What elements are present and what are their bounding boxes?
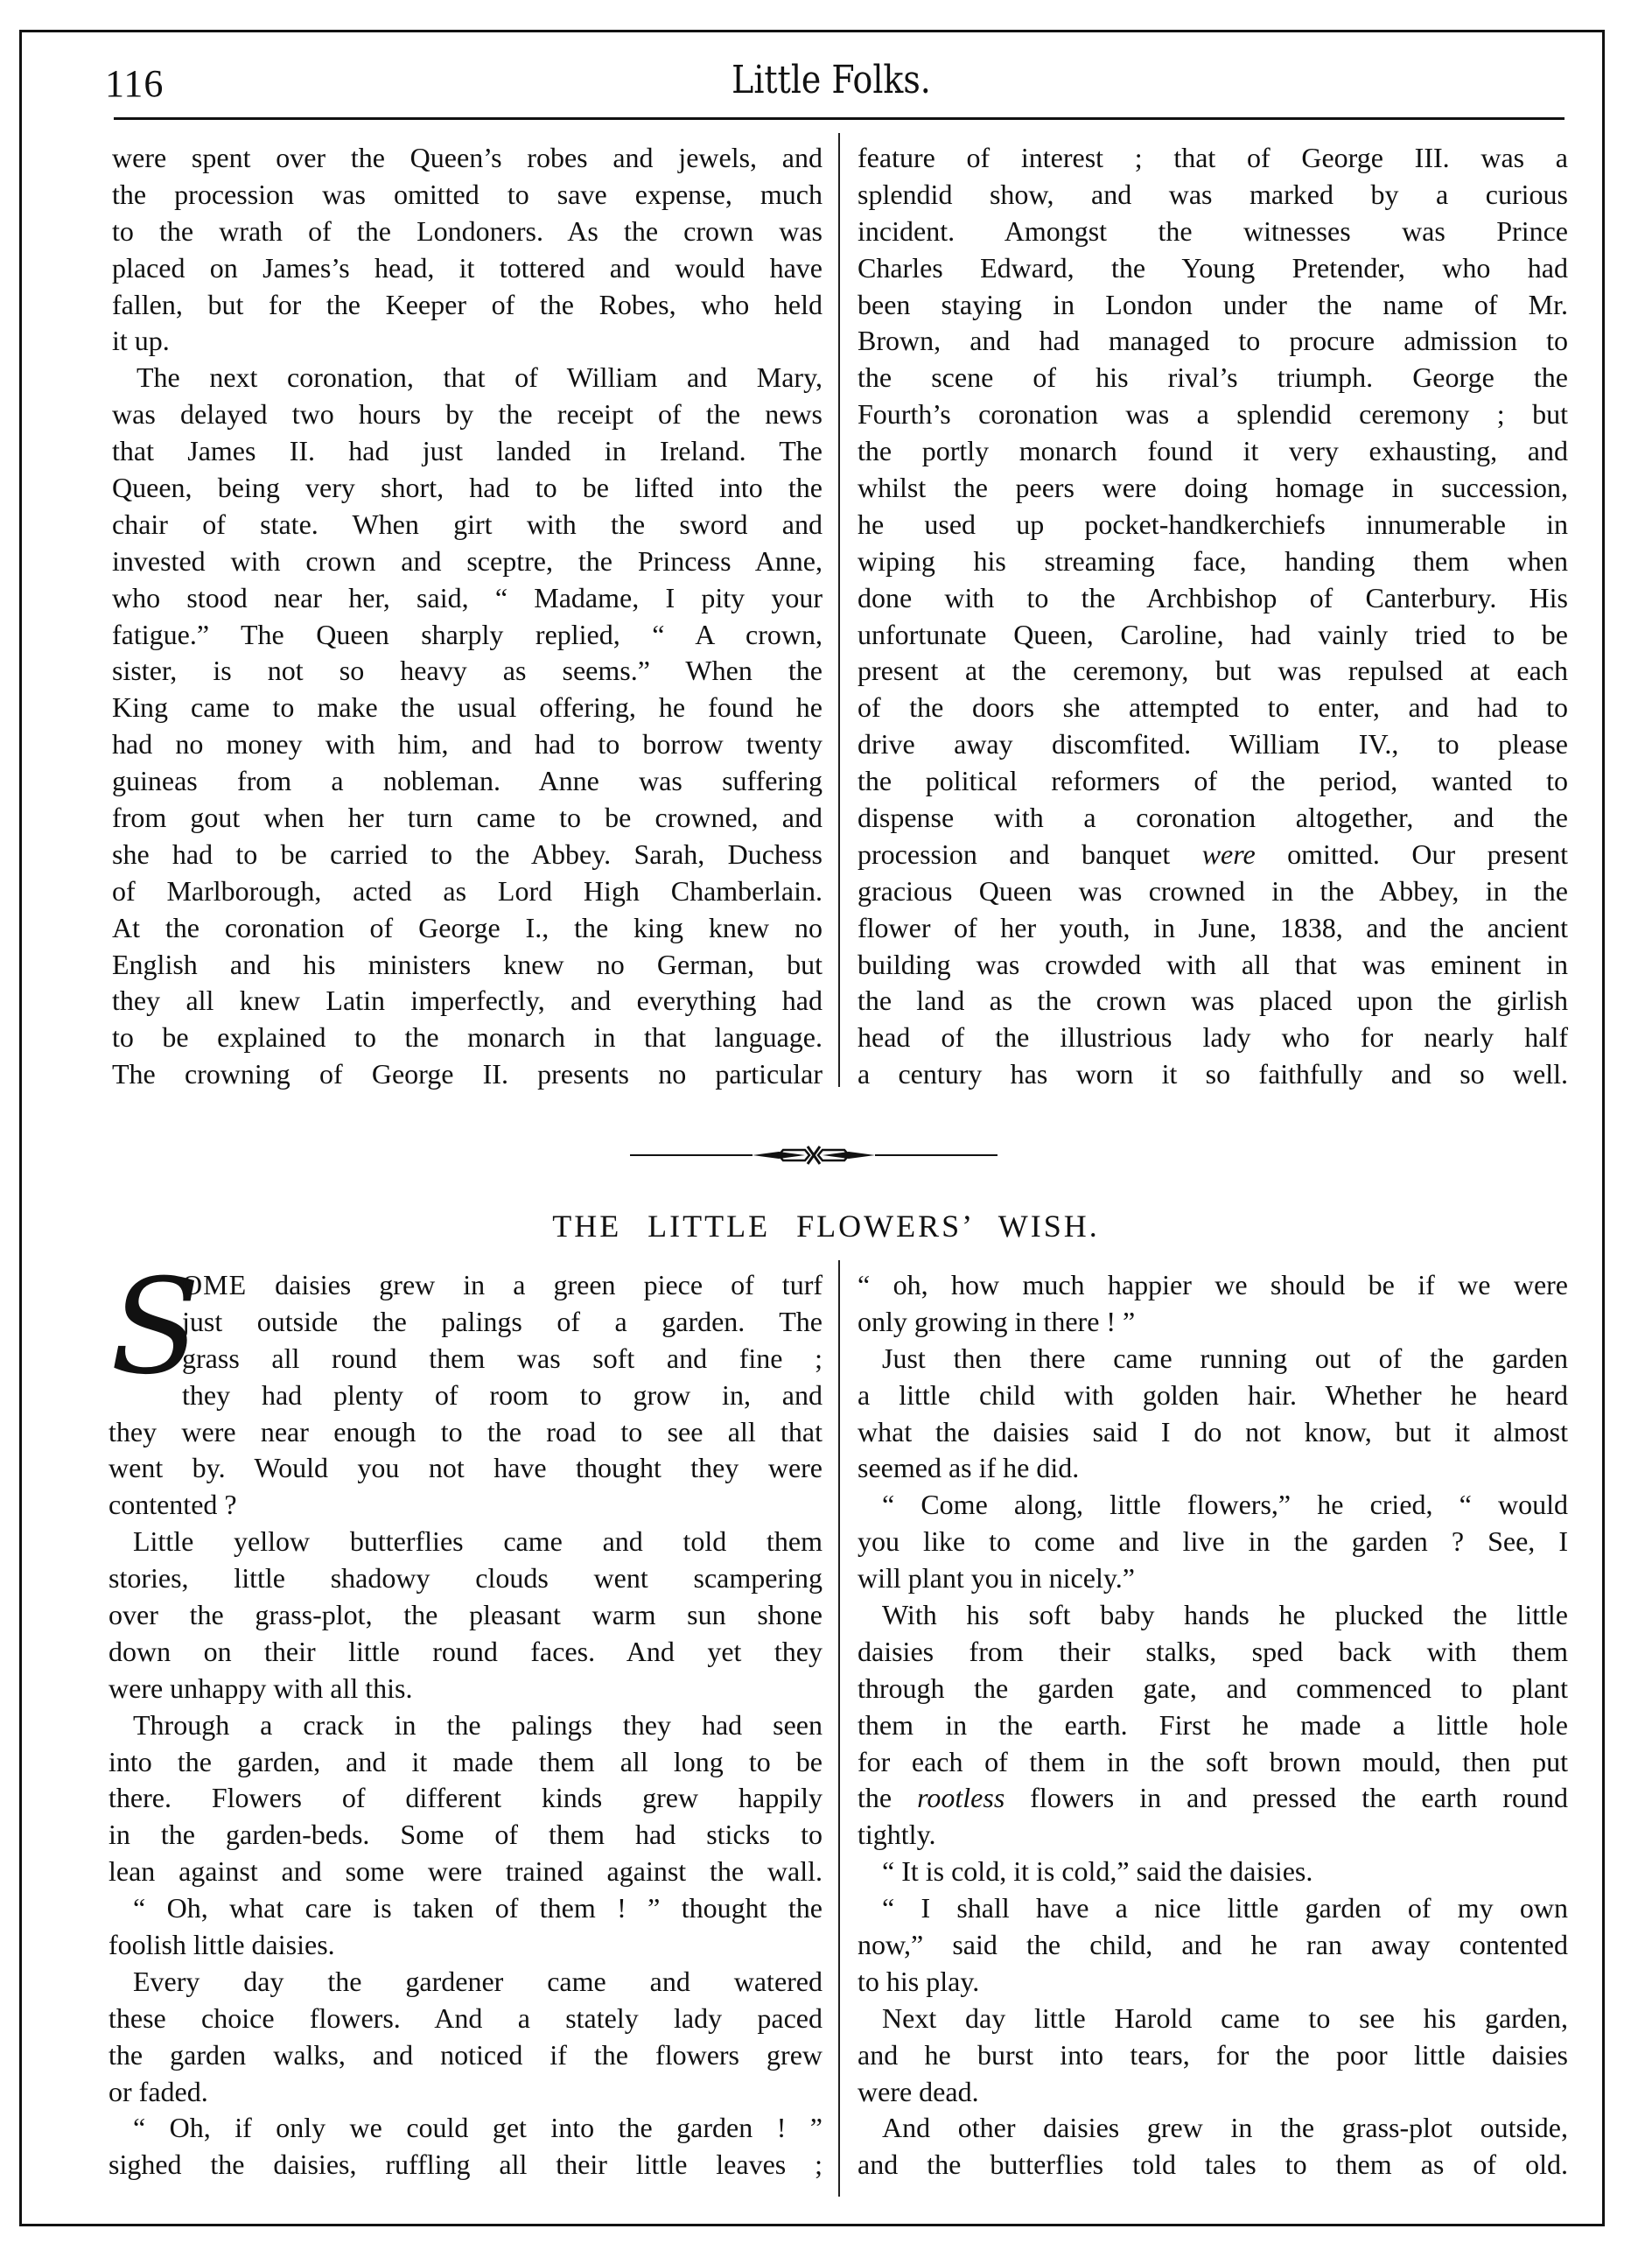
text-line: “ Oh, if only we could get into the gard… bbox=[108, 2110, 822, 2147]
text-line: went by. Would you not have thought they… bbox=[108, 1450, 822, 1487]
text-line: Brown, and had managed to procure admiss… bbox=[857, 323, 1568, 360]
text-line: over the grass-plot, the pleasant warm s… bbox=[108, 1597, 822, 1634]
text-line: Fourth’s coronation was a splendid cerem… bbox=[857, 396, 1568, 433]
page-number: 116 bbox=[105, 61, 164, 106]
column-divider bbox=[838, 133, 840, 1087]
text-line: now,” said the child, and he ran away co… bbox=[857, 1927, 1568, 1964]
text-line: drive away discomfited. William IV., to … bbox=[857, 726, 1568, 763]
italic-word: were bbox=[1202, 838, 1256, 870]
text-line: “ I shall have a nice little garden of m… bbox=[857, 1890, 1568, 1927]
text-line: Just then there came running out of the … bbox=[857, 1341, 1568, 1377]
text-line: the land as the crown was placed upon th… bbox=[857, 983, 1568, 1020]
text-line: “ Come along, little flowers,” he cried,… bbox=[857, 1487, 1568, 1524]
text-line: been staying in London under the name of… bbox=[857, 287, 1568, 324]
text-line: only growing in there ! ” bbox=[857, 1304, 1568, 1341]
text-line: grass all round them was soft and fine ; bbox=[108, 1341, 822, 1377]
text-line-with-italic: the rootless flowers in and pressed the … bbox=[857, 1780, 1568, 1817]
text-line: they were near enough to the road to see… bbox=[108, 1414, 822, 1451]
article-right-column: feature of interest ; that of George III… bbox=[857, 140, 1568, 1093]
text-line: the portly monarch found it very exhaust… bbox=[857, 433, 1568, 470]
text-line: they had plenty of room to grow in, and bbox=[108, 1377, 822, 1414]
text-line: were spent over the Queen’s robes and je… bbox=[112, 140, 822, 177]
story-left-column: OME daisies grew in a green piece of tur… bbox=[108, 1267, 822, 2183]
text-segment: daisies grew in a green piece of turf bbox=[247, 1269, 822, 1300]
text-line: invested with crown and sceptre, the Pri… bbox=[112, 543, 822, 580]
article-left-column: were spent over the Queen’s robes and je… bbox=[112, 140, 822, 1093]
text-line: placed on James’s head, it tottered and … bbox=[112, 250, 822, 287]
text-line: And other daisies grew in the grass-plot… bbox=[857, 2110, 1568, 2147]
text-line: of the doors she attempted to enter, and… bbox=[857, 690, 1568, 726]
text-line: gracious Queen was crowned in the Abbey,… bbox=[857, 873, 1568, 910]
text-line: in the garden-beds. Some of them had sti… bbox=[108, 1817, 822, 1854]
text-line: splendid show, and was marked by a curio… bbox=[857, 177, 1568, 214]
text-line: down on their little round faces. And ye… bbox=[108, 1634, 822, 1671]
italic-word: rootless bbox=[917, 1782, 1004, 1813]
text-line: “ It is cold, it is cold,” said the dais… bbox=[857, 1854, 1568, 1890]
text-line: were dead. bbox=[857, 2074, 1568, 2111]
text-line: guineas from a nobleman. Anne was suffer… bbox=[112, 763, 822, 800]
text-line: Queen, being very short, had to be lifte… bbox=[112, 470, 822, 507]
story-title: THE LITTLE FLOWERS’ WISH. bbox=[0, 1208, 1652, 1244]
text-line: Charles Edward, the Young Pretender, who… bbox=[857, 250, 1568, 287]
text-line: to his play. bbox=[857, 1964, 1568, 2001]
text-line: for each of them in the soft brown mould… bbox=[857, 1744, 1568, 1781]
header-rule bbox=[114, 117, 1564, 120]
text-line: wiping his streaming face, handing them … bbox=[857, 543, 1568, 580]
text-line: them in the earth. First he made a littl… bbox=[857, 1707, 1568, 1744]
text-line: fatigue.” The Queen sharply replied, “ A… bbox=[112, 617, 822, 654]
text-line: done with to the Archbishop of Canterbur… bbox=[857, 580, 1568, 617]
text-line: the scene of his rival’s triumph. George… bbox=[857, 360, 1568, 396]
text-line: daisies from their stalks, sped back wit… bbox=[857, 1634, 1568, 1671]
text-line-first: OME daisies grew in a green piece of tur… bbox=[108, 1267, 822, 1304]
text-line: these choice flowers. And a stately lady… bbox=[108, 2001, 822, 2037]
text-line: through the garden gate, and commenced t… bbox=[857, 1671, 1568, 1707]
text-line: to the wrath of the Londoners. As the cr… bbox=[112, 214, 822, 250]
text-line: you like to come and live in the garden … bbox=[857, 1524, 1568, 1560]
text-line: tightly. bbox=[857, 1817, 1568, 1854]
text-line-with-italic: procession and banquet were omitted. Our… bbox=[857, 837, 1568, 873]
text-line: just outside the palings of a garden. Th… bbox=[108, 1304, 822, 1341]
text-line: or faded. bbox=[108, 2074, 822, 2111]
text-line: sister, is not so heavy as seems.” When … bbox=[112, 653, 822, 690]
text-line: they all knew Latin imperfectly, and eve… bbox=[112, 983, 822, 1020]
text-line: the procession was omitted to save expen… bbox=[112, 177, 822, 214]
text-line: Through a crack in the palings they had … bbox=[108, 1707, 822, 1744]
text-line: head of the illustrious lady who for nea… bbox=[857, 1020, 1568, 1056]
text-line: “ Oh, what care is taken of them ! ” tho… bbox=[108, 1890, 822, 1927]
text-line: sighed the daisies, ruffling all their l… bbox=[108, 2147, 822, 2183]
text-line: from gout when her turn came to be crown… bbox=[112, 800, 822, 837]
text-line: it up. bbox=[112, 323, 822, 360]
text-line: what the daisies said I do not know, but… bbox=[857, 1414, 1568, 1451]
text-line: a century has worn it so faithfully and … bbox=[857, 1056, 1568, 1093]
text-line: had no money with him, and had to borrow… bbox=[112, 726, 822, 763]
text-line: “ oh, how much happier we should be if w… bbox=[857, 1267, 1568, 1304]
text-line: stories, little shadowy clouds went scam… bbox=[108, 1560, 822, 1597]
text-line: Every day the gardener came and watered bbox=[108, 1964, 822, 2001]
text-line: that James II. had just landed in Irelan… bbox=[112, 433, 822, 470]
text-line: With his soft baby hands he plucked the … bbox=[857, 1597, 1568, 1634]
text-line: who stood near her, said, “ Madame, I pi… bbox=[112, 580, 822, 617]
text-line: chair of state. When girt with the sword… bbox=[112, 507, 822, 543]
text-line: into the garden, and it made them all lo… bbox=[108, 1744, 822, 1781]
text-line: and the butterflies told tales to them a… bbox=[857, 2147, 1568, 2183]
text-line: fallen, but for the Keeper of the Robes,… bbox=[112, 287, 822, 324]
text-line: to be explained to the monarch in that l… bbox=[112, 1020, 822, 1056]
text-line: feature of interest ; that of George III… bbox=[857, 140, 1568, 177]
text-line: of Marlborough, acted as Lord High Chamb… bbox=[112, 873, 822, 910]
text-line: there. Flowers of different kinds grew h… bbox=[108, 1780, 822, 1817]
text-segment: omitted. Our present bbox=[1256, 838, 1568, 870]
text-line: was delayed two hours by the receipt of … bbox=[112, 396, 822, 433]
text-segment: the bbox=[857, 1782, 917, 1813]
text-line: Little yellow butterflies came and told … bbox=[108, 1524, 822, 1560]
text-line: whilst the peers were doing homage in su… bbox=[857, 470, 1568, 507]
text-line: English and his ministers knew no German… bbox=[112, 947, 822, 984]
scroll-rule-ornament-icon bbox=[630, 1138, 997, 1173]
first-word-caps: OME bbox=[182, 1269, 247, 1300]
text-line: will plant you in nicely.” bbox=[857, 1560, 1568, 1597]
text-line: incident. Amongst the witnesses was Prin… bbox=[857, 214, 1568, 250]
page-header: 116 Little Folks. bbox=[105, 54, 1557, 119]
text-line: contented ? bbox=[108, 1487, 822, 1524]
text-line: The crowning of George II. presents no p… bbox=[112, 1056, 822, 1093]
text-line: seemed as if he did. bbox=[857, 1450, 1568, 1487]
story-right-column: “ oh, how much happier we should be if w… bbox=[857, 1267, 1568, 2183]
text-line: lean against and some were trained again… bbox=[108, 1854, 822, 1890]
running-title: Little Folks. bbox=[206, 58, 1456, 102]
text-line: The next coronation, that of William and… bbox=[112, 360, 822, 396]
text-line: foolish little daisies. bbox=[108, 1927, 822, 1964]
text-line: she had to be carried to the Abbey. Sara… bbox=[112, 837, 822, 873]
text-line: building was crowded with all that was e… bbox=[857, 947, 1568, 984]
text-line: he used up pocket-handkerchiefs innumera… bbox=[857, 507, 1568, 543]
text-line: dispense with a coronation altogether, a… bbox=[857, 800, 1568, 837]
text-line: Next day little Harold came to see his g… bbox=[857, 2001, 1568, 2037]
text-line: and he burst into tears, for the poor li… bbox=[857, 2037, 1568, 2074]
text-line: the political reformers of the period, w… bbox=[857, 763, 1568, 800]
text-line: present at the ceremony, but was repulse… bbox=[857, 653, 1568, 690]
text-line: flower of her youth, in June, 1838, and … bbox=[857, 910, 1568, 947]
text-line: were unhappy with all this. bbox=[108, 1671, 822, 1707]
text-segment: flowers in and pressed the earth round bbox=[1004, 1782, 1568, 1813]
text-line: At the coronation of George I., the king… bbox=[112, 910, 822, 947]
text-segment: procession and banquet bbox=[857, 838, 1202, 870]
text-line: the garden walks, and noticed if the flo… bbox=[108, 2037, 822, 2074]
text-line: King came to make the usual offering, he… bbox=[112, 690, 822, 726]
text-line: unfortunate Queen, Caroline, had vainly … bbox=[857, 617, 1568, 654]
column-divider bbox=[838, 1260, 840, 2197]
text-line: a little child with golden hair. Whether… bbox=[857, 1377, 1568, 1414]
